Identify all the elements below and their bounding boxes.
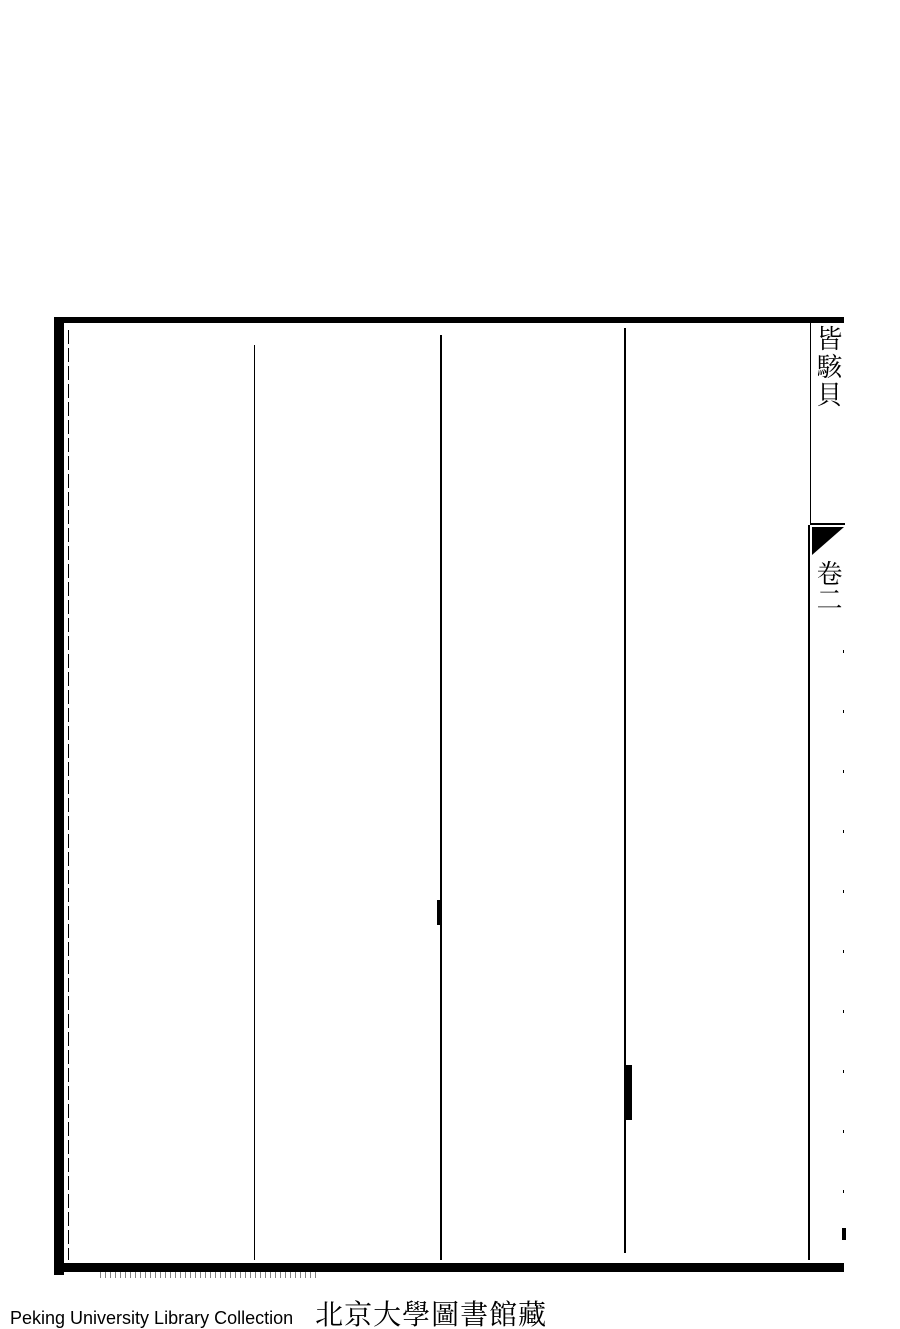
frame-top-border — [54, 317, 844, 323]
scan-noise — [100, 1272, 320, 1278]
banxin-title: 皆駭貝 — [818, 325, 844, 515]
inner-left-rule — [68, 330, 69, 1260]
right-edge-rule — [843, 650, 844, 1240]
column-rule — [808, 525, 810, 1260]
column-rule — [254, 345, 255, 1260]
column-rule — [440, 335, 442, 1260]
collection-label-zh: 北京大學圖書館藏 — [315, 1293, 547, 1329]
frame-bottom-border — [54, 1263, 844, 1272]
frame-left-border — [54, 317, 64, 1275]
ink-smear — [624, 1065, 632, 1120]
scanned-page: 皆駭貝 卷二 Peking University Library Collect… — [0, 0, 900, 1329]
banxin-volume: 卷二 — [818, 560, 844, 650]
collection-footer: Peking University Library Collection 北京大… — [10, 1293, 547, 1329]
fishtail-mark — [812, 527, 844, 555]
right-edge-mark — [842, 1228, 846, 1240]
ink-smear — [437, 900, 441, 925]
collection-label-en: Peking University Library Collection — [10, 1308, 293, 1329]
